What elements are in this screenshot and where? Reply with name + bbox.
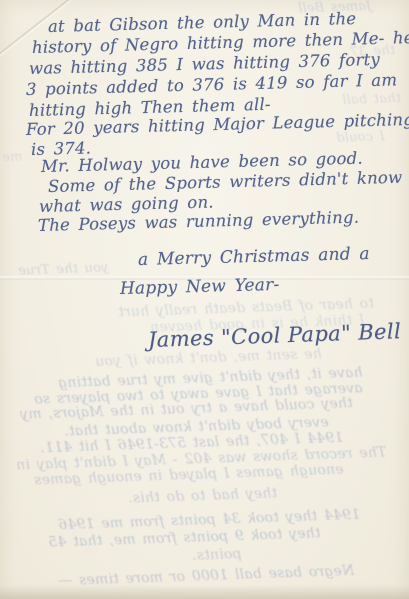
- letter-closing-line: Happy New Year-: [120, 275, 280, 299]
- letter-closing-line: a Merry Christmas and a: [138, 244, 370, 270]
- bleed-line: I could: [336, 129, 385, 146]
- letter-page: James Bell the 37 that ball I could me y…: [0, 0, 409, 599]
- bleed-line: they had to do this.: [128, 485, 278, 506]
- bleed-line: me: [2, 150, 23, 166]
- bleed-line: you the True: [18, 260, 109, 278]
- bleed-line: that ball: [342, 91, 401, 108]
- bleed-line: points.: [192, 546, 242, 564]
